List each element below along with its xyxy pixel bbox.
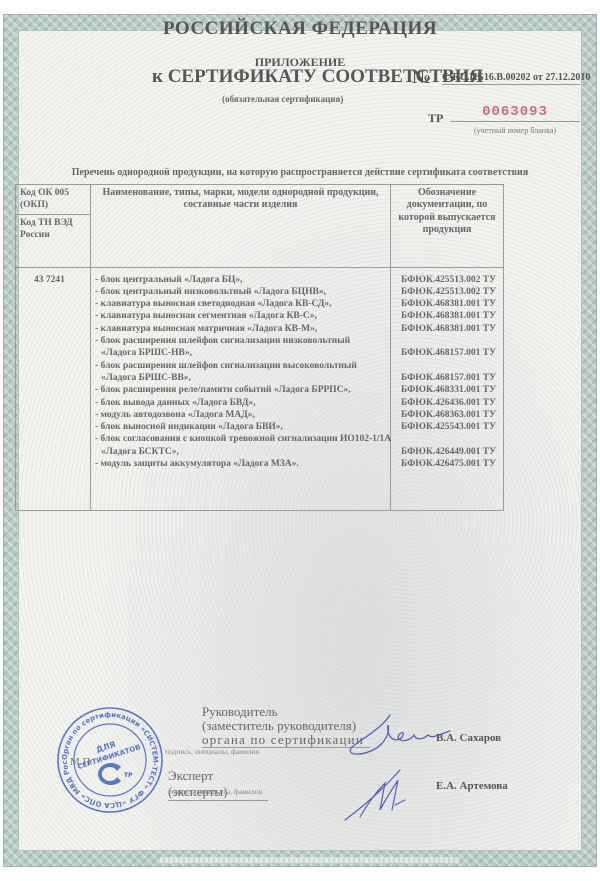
blank-number-caption: (учетный номер бланка) xyxy=(450,126,580,135)
product-name-line: - клавиатура выносная матричная «Ладога … xyxy=(95,323,386,335)
product-name-line: - блок расширения шлейфов сигнализации н… xyxy=(95,335,386,347)
footer-microtext xyxy=(160,857,460,863)
documentation-cell: БФЮК.425513.002 ТУБФЮК.425513.002 ТУБФЮК… xyxy=(391,267,504,510)
tp-label: ТР xyxy=(428,111,443,126)
header-okp-code: Код ОК 005 (ОКП) xyxy=(16,185,91,215)
header-documentation: Обозначение документации, по которой вып… xyxy=(391,185,504,268)
documentation-line: БФЮК.468381.001 ТУ xyxy=(401,298,499,310)
doc-spacer xyxy=(401,335,499,347)
product-name-line: - блок выносной индикации «Ладога БВИ», xyxy=(95,421,386,433)
documentation-line: БФЮК.425543.001 ТУ xyxy=(401,421,499,433)
certification-type: (обязательная сертификация) xyxy=(222,94,343,104)
certificate-number: C-RU.ПБ16.В.00202 от 27.12.2010 xyxy=(442,72,580,85)
product-names-cell: - блок центральный «Ладога БЦ»,- блок це… xyxy=(91,267,391,510)
head-signature-caption: подпись, инициалы, фамилия xyxy=(165,747,259,756)
product-name-line: - блок вывода данных «Ладога БВД», xyxy=(95,397,386,409)
doc-spacer xyxy=(401,360,499,372)
product-name-line: - модуль автодозвона «Ладога МАД», xyxy=(95,409,386,421)
documentation-line: БФЮК.425513.002 ТУ xyxy=(401,274,499,286)
product-name-line: - модуль защиты аккумулятора «Ладога МЗА… xyxy=(95,458,386,470)
svg-text:ТР: ТР xyxy=(124,772,133,779)
number-sign: № xyxy=(412,67,431,89)
documentation-line: БФЮК.426475.001 ТУ xyxy=(401,458,499,470)
seal-stamp-icon: Орган по сертификации «СИСТЕМ-ТЕСТ» ФГУ … xyxy=(55,705,165,815)
product-name-line: «Ладога БРШС-ВВ», xyxy=(95,372,386,384)
doc-spacer xyxy=(401,433,499,445)
product-name-line: - блок согласования с кнопкой тревожной … xyxy=(95,433,386,445)
head-name: В.А. Сахаров xyxy=(436,732,501,744)
documentation-line: БФЮК.468331.001 ТУ xyxy=(401,384,499,396)
product-name-line: - блок центральный «Ладога БЦ», xyxy=(95,274,386,286)
blank-number: 0063093 xyxy=(450,104,580,122)
expert-name: Е.А. Артемова xyxy=(436,780,508,792)
product-name-line: - блок расширения реле/памяти событий «Л… xyxy=(95,384,386,396)
product-name-line: «Ладога БРШС-НВ», xyxy=(95,347,386,359)
product-name-line: - блок расширения шлейфов сигнализации в… xyxy=(95,360,386,372)
product-table: Код ОК 005 (ОКП) Наименование, типы, мар… xyxy=(15,184,504,511)
documentation-line: БФЮК.426449.001 ТУ xyxy=(401,446,499,458)
header-tnved-code: Код ТН ВЭД России xyxy=(16,214,91,267)
country-title: РОССИЙСКАЯ ФЕДЕРАЦИЯ xyxy=(0,18,600,40)
certificate-title: к СЕРТИФИКАТУ СООТВЕТСТВИЯ xyxy=(152,66,483,88)
product-name-line: - клавиатура выносная сегментная «Ладога… xyxy=(95,310,386,322)
documentation-line: БФЮК.468157.001 ТУ xyxy=(401,347,499,359)
documentation-line: БФЮК.425513.002 ТУ xyxy=(401,286,499,298)
documentation-line: БФЮК.468381.001 ТУ xyxy=(401,323,499,335)
expert-label: Эксперт (эксперты) xyxy=(168,768,268,801)
expert-signature-icon xyxy=(340,765,425,825)
documentation-line: БФЮК.468381.001 ТУ xyxy=(401,310,499,322)
product-name-line: - клавиатура выносная светодиодная «Ладо… xyxy=(95,298,386,310)
okp-code-value: 43 7241 xyxy=(16,267,91,510)
product-name-line: «Ладога БСКТС», xyxy=(95,446,386,458)
documentation-line: БФЮК.468363.001 ТУ xyxy=(401,409,499,421)
expert-signature-caption: подпись, инициалы, фамилия xyxy=(168,787,262,796)
product-list-heading: Перечень однородной продукции, на котору… xyxy=(0,167,600,178)
header-product-name: Наименование, типы, марки, модели одноро… xyxy=(91,185,391,268)
product-name-line: - блок центральный низковольтный «Ладога… xyxy=(95,286,386,298)
documentation-line: БФЮК.468157.001 ТУ xyxy=(401,372,499,384)
documentation-line: БФЮК.426436.001 ТУ xyxy=(401,397,499,409)
